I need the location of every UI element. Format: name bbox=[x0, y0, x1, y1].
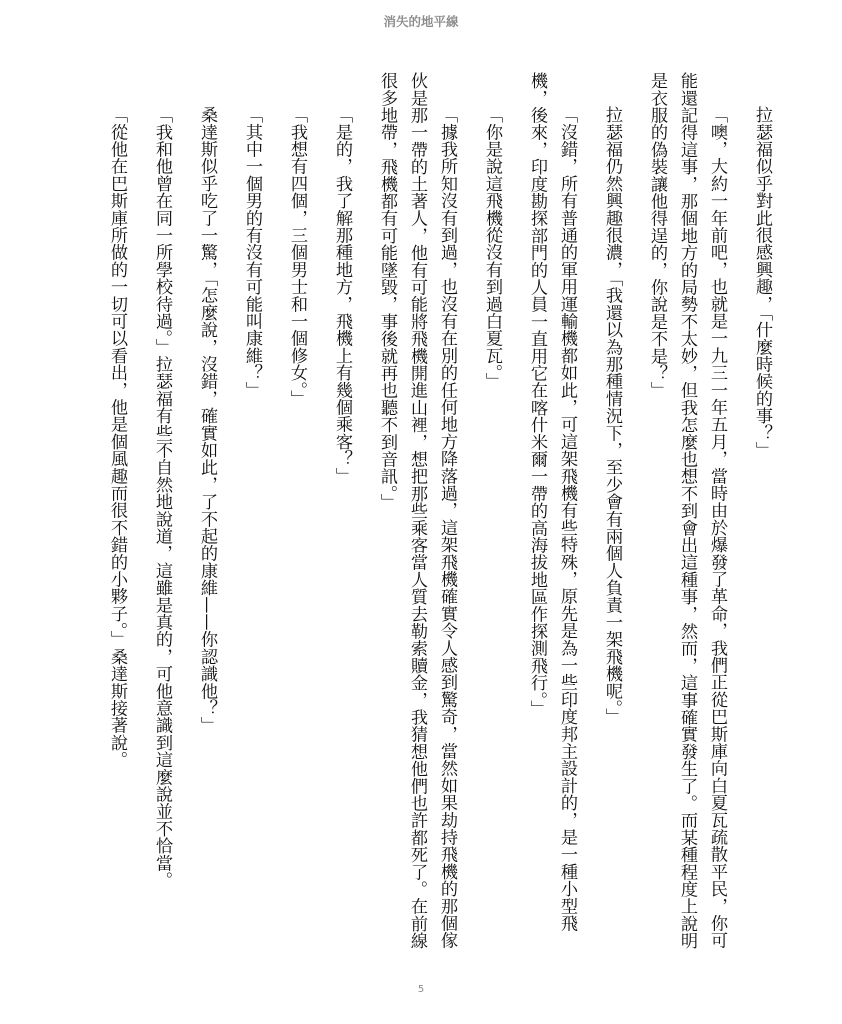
paragraph: 「從他在巴斯庫所做的一切可以看出，他是個風趣而很不錯的小夥子。」桑達斯接著說。 bbox=[102, 72, 132, 950]
paragraph: 「據我所知沒有到過，也沒有在別的任何地方降落過，這架飛機確實令人感到驚奇，當然如… bbox=[372, 72, 462, 950]
paragraph: 拉瑟福仍然興趣很濃，「我還以為那種情況下，至少會有兩個人負責一架飛機呢。」 bbox=[597, 72, 627, 950]
paragraph: 「是的，我了解那種地方，飛機上有幾個乘客？」 bbox=[327, 72, 357, 950]
paragraph: 「我想有四個，三個男士和一個修女。」 bbox=[282, 72, 312, 950]
page-number: 5 bbox=[0, 983, 842, 997]
paragraph: 「其中一個男的有沒有可能叫康維？」 bbox=[237, 72, 267, 950]
paragraph: 「我和他曾在同一所學校待過。」拉瑟福有些不自然地說道，這雖是真的，可他意識到這麼… bbox=[147, 72, 177, 950]
paragraph: 拉瑟福似乎對此很感興趣，「什麼時候的事？」 bbox=[747, 72, 777, 950]
paragraph: 「噢，大約一年前吧，也就是一九三一年五月，當時由於爆發了革命，我們正從巴斯庫向白… bbox=[642, 72, 732, 950]
paragraph: 「沒錯，所有普通的軍用運輸機都如此，可這架飛機有些特殊，原先是為一些印度邦主設計… bbox=[522, 72, 582, 950]
book-title-header: 消失的地平線 bbox=[0, 13, 842, 31]
page-text-body: 拉瑟福似乎對此很感興趣，「什麼時候的事？」 「噢，大約一年前吧，也就是一九三一年… bbox=[87, 72, 777, 950]
paragraph: 桑達斯似乎吃了一驚，「怎麼說，沒錯，確實如此，了不起的康維——你認識他？」 bbox=[192, 72, 222, 950]
paragraph: 「你是說這飛機從沒有到過白夏瓦。」 bbox=[477, 72, 507, 950]
